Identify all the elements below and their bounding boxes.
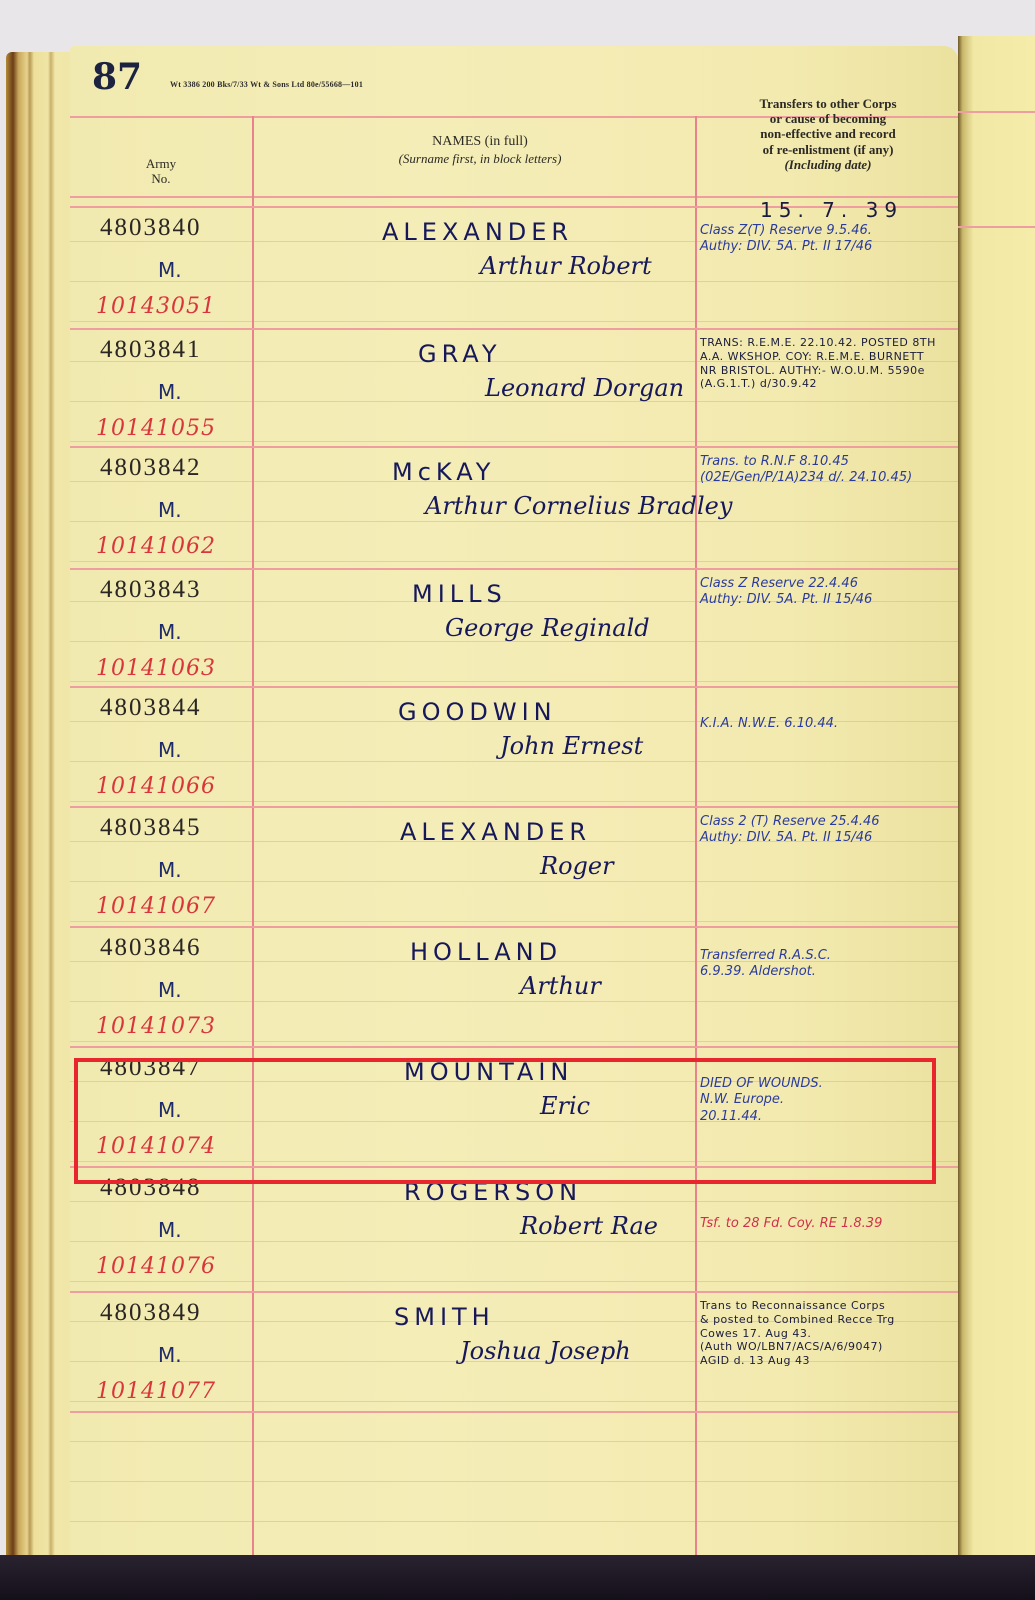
- blue-rule: [70, 1521, 958, 1522]
- forenames: Arthur Cornelius Bradley: [425, 492, 732, 520]
- forenames: Roger: [540, 852, 614, 880]
- remark: Transferred R.A.S.C.6.9.39. Aldershot.: [700, 948, 955, 981]
- ledger-page: 87 Wt 3386 200 Bks/7/33 Wt & Sons Ltd 80…: [70, 46, 958, 1560]
- remark: Trans to Reconnaissance Corps& posted to…: [700, 1299, 955, 1368]
- m-mark: M.: [158, 258, 182, 282]
- remark: K.I.A. N.W.E. 6.10.44.: [700, 716, 955, 732]
- army-number: 4803849: [100, 1299, 202, 1327]
- forenames: John Ernest: [500, 732, 643, 760]
- remark-line: NR BRISTOL. AUTHY:- W.O.U.M. 5590e: [700, 364, 955, 378]
- new-army-number: 10141077: [96, 1379, 216, 1404]
- printer-imprint: Wt 3386 200 Bks/7/33 Wt & Sons Ltd 80e/5…: [170, 80, 363, 89]
- army-number: 4803844: [100, 694, 202, 722]
- m-mark: M.: [158, 1218, 182, 1242]
- entry-separator-rule: [70, 926, 958, 928]
- next-page-edge: [958, 36, 1035, 1566]
- page-stack-edge: [6, 52, 76, 1572]
- army-number: 4803843: [100, 576, 202, 604]
- entry-separator-rule: [70, 806, 958, 808]
- remark-line: 6.9.39. Aldershot.: [700, 964, 955, 980]
- entry-separator-rule: [70, 446, 958, 448]
- ledger-entry: 4803845 M. 10141067 ALEXANDER Roger Clas…: [70, 806, 958, 926]
- remark-line: (Auth WO/LBN7/ACS/A/6/9047): [700, 1340, 955, 1354]
- header-names: NAMES (in full) (Surname first, in block…: [270, 134, 690, 166]
- header-names-line2: (Surname first, in block letters): [270, 151, 690, 166]
- remark-line: Class 2 (T) Reserve 25.4.46: [700, 814, 955, 830]
- remark-line: Trans to Reconnaissance Corps: [700, 1299, 955, 1313]
- remark-line: K.I.A. N.W.E. 6.10.44.: [700, 716, 955, 732]
- remark-line: Authy: DIV. 5A. Pt. II 15/46: [700, 830, 955, 846]
- entry-separator-rule: [70, 1046, 958, 1048]
- header-transfers-line: (Including date): [698, 157, 958, 172]
- remark-date: 15. 7. 39: [700, 198, 955, 223]
- book-cover-shadow: [0, 1555, 1035, 1600]
- army-number: 4803842: [100, 454, 202, 482]
- remark-line: Tsf. to 28 Fd. Coy. RE 1.8.39: [700, 1216, 955, 1232]
- m-mark: M.: [158, 738, 182, 762]
- header-army-no: Army No.: [70, 156, 252, 187]
- header-transfers-line: non-effective and record: [698, 126, 958, 141]
- new-army-number: 10141062: [96, 534, 216, 559]
- surname: GOODWIN: [398, 698, 557, 726]
- army-number: 4803848: [100, 1174, 202, 1202]
- blue-rule: [70, 1481, 958, 1482]
- header-army-line1: Army: [70, 156, 252, 171]
- remark-line: 20.11.44.: [700, 1109, 955, 1125]
- surname: GRAY: [418, 340, 502, 368]
- header-transfers-line: or cause of becoming: [698, 111, 958, 126]
- m-mark: M.: [158, 1098, 182, 1122]
- remark-line: Transferred R.A.S.C.: [700, 948, 955, 964]
- rule: [958, 111, 1035, 113]
- entry-separator-rule: [70, 686, 958, 688]
- remark-line: Class Z(T) Reserve 9.5.46.: [700, 223, 955, 239]
- remark: Trans. to R.N.F 8.10.45(02E/Gen/P/1A)234…: [700, 454, 955, 487]
- m-mark: M.: [158, 380, 182, 404]
- ledger-entry: 4803842 M. 10141062 McKAY Arthur Corneli…: [70, 446, 958, 568]
- new-army-number: 10141055: [96, 416, 216, 441]
- entry-separator-rule: [70, 568, 958, 570]
- army-number: 4803840: [100, 214, 202, 242]
- ledger-entry: 4803843 M. 10141063 MILLS George Reginal…: [70, 568, 958, 686]
- header-transfers-line: of re-enlistment (if any): [698, 142, 958, 157]
- blue-rule: [70, 1441, 958, 1442]
- entry-separator-rule: [70, 328, 958, 330]
- entry-separator-rule: [70, 1166, 958, 1168]
- remark-line: A.A. WKSHOP. COY: R.E.M.E. BURNETT: [700, 350, 955, 364]
- remark-line: Authy: DIV. 5A. Pt. II 15/46: [700, 592, 955, 608]
- remark: 15. 7. 39Class Z(T) Reserve 9.5.46.Authy…: [700, 198, 955, 256]
- header-army-line2: No.: [70, 171, 252, 186]
- surname: MOUNTAIN: [404, 1058, 573, 1086]
- new-army-number: 10141066: [96, 774, 216, 799]
- surname: McKAY: [392, 458, 495, 486]
- surname: MILLS: [412, 580, 507, 608]
- surname: ALEXANDER: [382, 218, 573, 246]
- m-mark: M.: [158, 498, 182, 522]
- ledger-entry: 4803846 M. 10141073 HOLLAND Arthur Trans…: [70, 926, 958, 1046]
- new-army-number: 10141063: [96, 656, 216, 681]
- forenames: Robert Rae: [520, 1212, 658, 1240]
- remark-line: & posted to Combined Recce Trg: [700, 1313, 955, 1327]
- forenames: Leonard Dorgan: [485, 374, 684, 402]
- remark: Class 2 (T) Reserve 25.4.46Authy: DIV. 5…: [700, 814, 955, 847]
- remark-line: Class Z Reserve 22.4.46: [700, 576, 955, 592]
- remark-line: Authy: DIV. 5A. Pt. II 17/46: [700, 239, 955, 255]
- army-number: 4803845: [100, 814, 202, 842]
- ledger-entry: 4803848 M. 10141076 ROGERSON Robert Rae …: [70, 1166, 958, 1291]
- rule: [958, 226, 1035, 228]
- header-names-line1: NAMES (in full): [270, 134, 690, 151]
- new-army-number: 10143051: [96, 294, 216, 319]
- army-number: 4803841: [100, 336, 202, 364]
- forenames: Arthur Robert: [480, 252, 652, 280]
- remark: Class Z Reserve 22.4.46Authy: DIV. 5A. P…: [700, 576, 955, 609]
- remark-line: Cowes 17. Aug 43.: [700, 1327, 955, 1341]
- ledger-entry: 4803849 M. 10141077 SMITH Joshua Joseph …: [70, 1291, 958, 1411]
- m-mark: M.: [158, 620, 182, 644]
- forenames: Eric: [540, 1092, 590, 1120]
- remark: DIED OF WOUNDS.N.W. Europe.20.11.44.: [700, 1076, 955, 1125]
- surname: ROGERSON: [404, 1178, 582, 1206]
- remark: TRANS: R.E.M.E. 22.10.42. POSTED 8THA.A.…: [700, 336, 955, 391]
- header-transfers: Transfers to other Corps or cause of bec…: [698, 96, 958, 172]
- forenames: Joshua Joseph: [460, 1337, 631, 1365]
- new-army-number: 10141067: [96, 894, 216, 919]
- m-mark: M.: [158, 978, 182, 1002]
- remark-line: DIED OF WOUNDS.: [700, 1076, 955, 1092]
- m-mark: M.: [158, 1343, 182, 1367]
- new-army-number: 10141073: [96, 1014, 216, 1039]
- entry-separator-rule: [70, 1411, 958, 1413]
- ledger-entry: 4803840 M. 10143051 ALEXANDER Arthur Rob…: [70, 206, 958, 328]
- forenames: Arthur: [520, 972, 601, 1000]
- ledger-entry: 4803844 M. 10141066 GOODWIN John Ernest …: [70, 686, 958, 806]
- remark-line: TRANS: R.E.M.E. 22.10.42. POSTED 8TH: [700, 336, 955, 350]
- remark-line: Trans. to R.N.F 8.10.45: [700, 454, 955, 470]
- remark: Tsf. to 28 Fd. Coy. RE 1.8.39: [700, 1216, 955, 1232]
- forenames: George Reginald: [445, 614, 650, 642]
- header-transfers-line: Transfers to other Corps: [698, 96, 958, 111]
- remark-line: N.W. Europe.: [700, 1092, 955, 1108]
- army-number: 4803847: [100, 1054, 202, 1082]
- remark-line: AGID d. 13 Aug 43: [700, 1354, 955, 1368]
- army-number: 4803846: [100, 934, 202, 962]
- ledger-entry: 4803841 M. 10141055 GRAY Leonard Dorgan …: [70, 328, 958, 446]
- surname: ALEXANDER: [400, 818, 591, 846]
- surname: SMITH: [394, 1303, 495, 1331]
- remark-line: (A.G.1.T.) d/30.9.42: [700, 377, 955, 391]
- ledger-entry-highlighted: 4803847 M. 10141074 MOUNTAIN Eric DIED O…: [70, 1046, 958, 1166]
- remark-line: (02E/Gen/P/1A)234 d/. 24.10.45): [700, 470, 955, 486]
- surname: HOLLAND: [410, 938, 562, 966]
- new-army-number: 10141074: [96, 1134, 216, 1159]
- page-number: 87: [92, 56, 142, 98]
- entry-separator-rule: [70, 1291, 958, 1293]
- m-mark: M.: [158, 858, 182, 882]
- new-army-number: 10141076: [96, 1254, 216, 1279]
